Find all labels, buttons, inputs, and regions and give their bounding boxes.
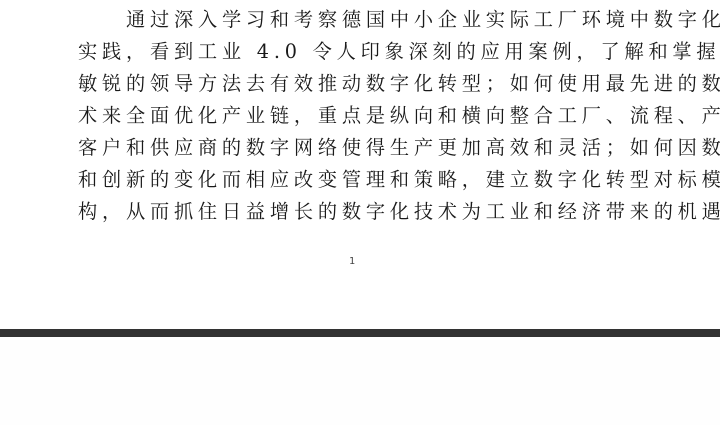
page-number: 1 bbox=[349, 256, 355, 267]
page-separator bbox=[0, 329, 720, 337]
paragraph-line: 术来全面优化产业链，重点是纵向和横向整合工厂、流程、产品以及 bbox=[78, 100, 678, 132]
paragraph-line: 敏锐的领导方法去有效推动数字化转型；如何使用最先进的数字化技 bbox=[78, 68, 678, 100]
paragraph-line: 客户和供应商的数字网络使得生产更加高效和灵活；如何因数字趋势 bbox=[78, 132, 678, 164]
paragraph-line: 通过深入学习和考察德国中小企业实际工厂环境中数字化转型的 bbox=[78, 4, 678, 36]
paragraph-line: 和创新的变化而相应改变管理和策略，建立数字化转型对标模型和架 bbox=[78, 164, 678, 196]
paragraph-line: 实践，看到工业 4.0 令人印象深刻的应用案例，了解和掌握如何使用 bbox=[78, 36, 678, 68]
paragraph-line: 构，从而抓住日益增长的数字化技术为工业和经济带来的机遇。 bbox=[78, 196, 678, 228]
document-page: 通过深入学习和考察德国中小企业实际工厂环境中数字化转型的 实践，看到工业 4.0… bbox=[0, 0, 720, 329]
next-page bbox=[0, 337, 720, 425]
body-paragraph: 通过深入学习和考察德国中小企业实际工厂环境中数字化转型的 实践，看到工业 4.0… bbox=[78, 4, 678, 228]
